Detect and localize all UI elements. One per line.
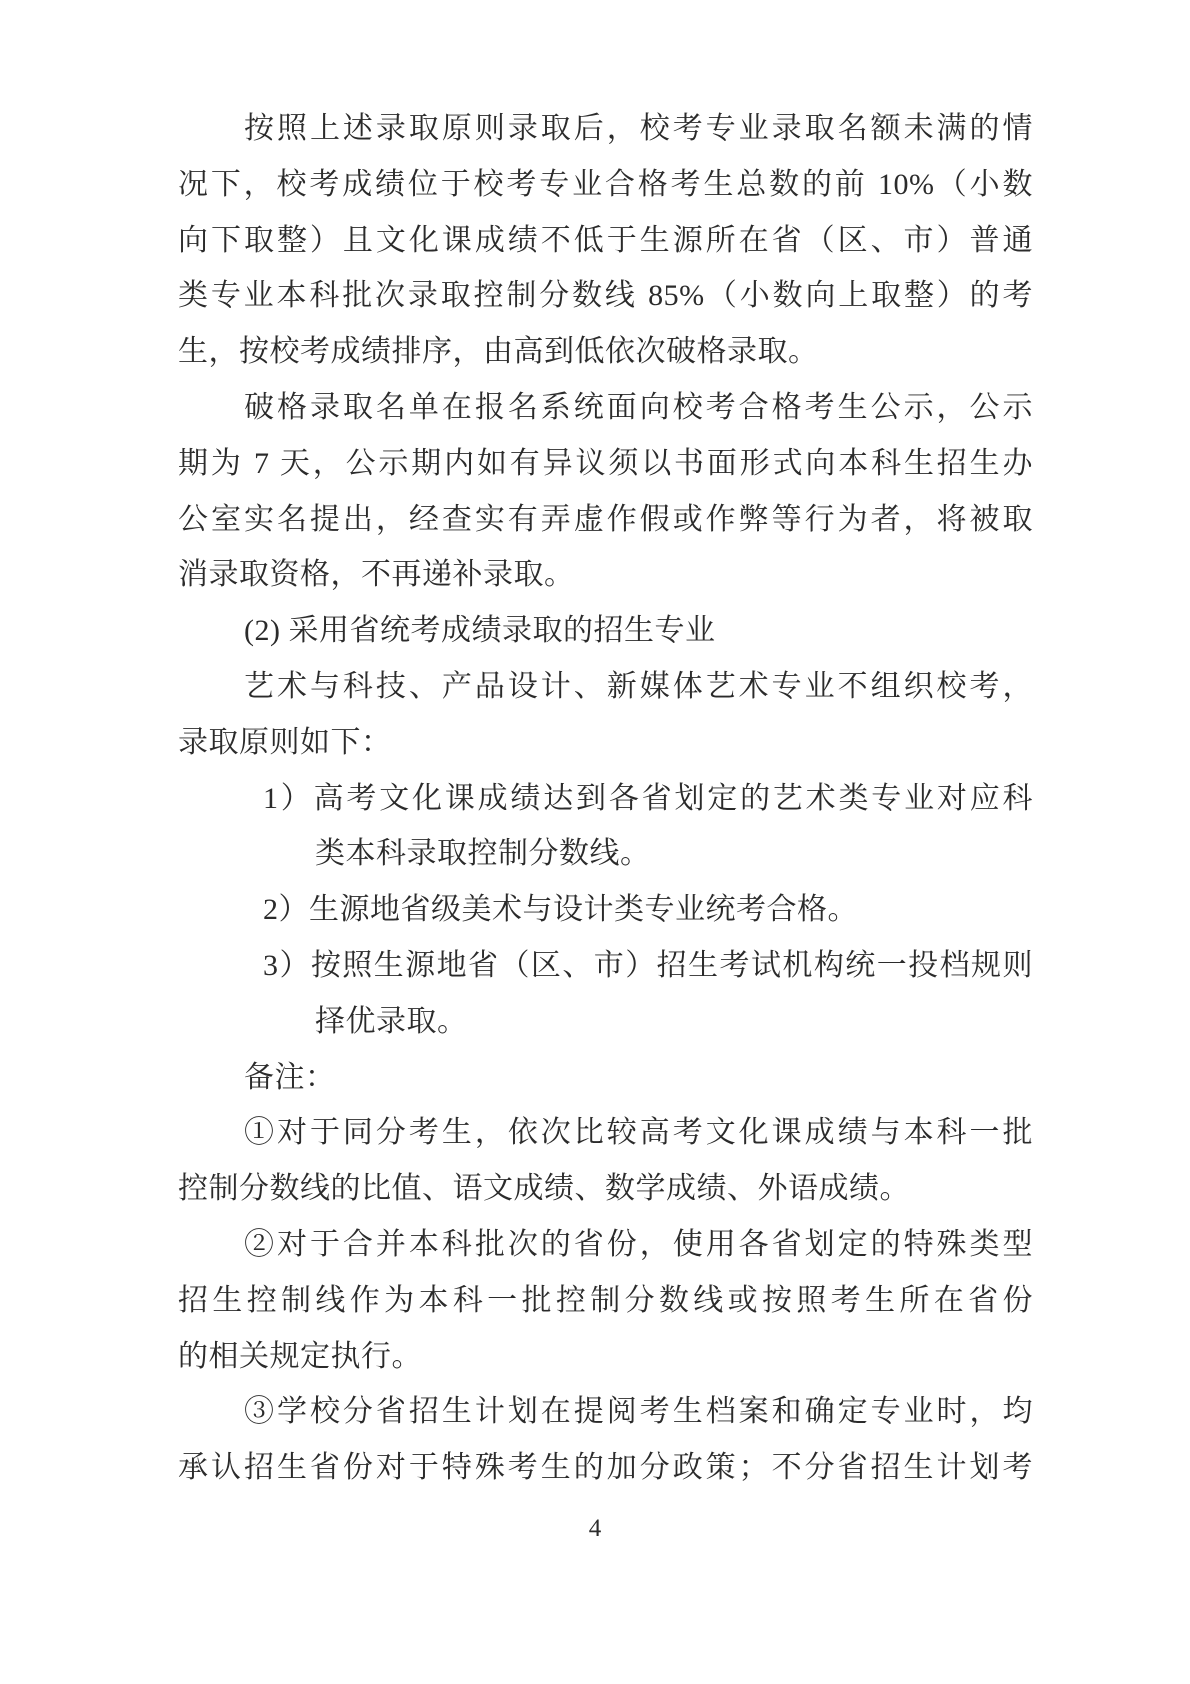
- doc-line: 的相关规定执行。: [178, 1329, 1033, 1385]
- doc-line-list-item: 1）高考文化课成绩达到各省划定的艺术类专业对应科: [178, 771, 1033, 827]
- doc-line: 生，按校考成绩排序，由高到低依次破格录取。: [178, 324, 1033, 380]
- doc-line: 艺术与科技、产品设计、新媒体艺术专业不组织校考，: [178, 659, 1033, 715]
- doc-line-list-item: 择优录取。: [178, 994, 1033, 1050]
- doc-line: 录取原则如下：: [178, 715, 1033, 771]
- doc-line: 向下取整）且文化课成绩不低于生源所在省（区、市）普通: [178, 213, 1033, 269]
- doc-line-remarks-heading: 备注：: [178, 1050, 1033, 1106]
- document-page: 按照上述录取原则录取后，校考专业录取名额未满的情 况下，校考成绩位于校考专业合格…: [0, 0, 1190, 1684]
- doc-line: 况下，校考成绩位于校考专业合格考生总数的前 10%（小数: [178, 157, 1033, 213]
- doc-line-list-item: 3）按照生源地省（区、市）招生考试机构统一投档规则: [178, 938, 1033, 994]
- doc-line: 按照上述录取原则录取后，校考专业录取名额未满的情: [178, 101, 1033, 157]
- doc-line: 期为 7 天，公示期内如有异议须以书面形式向本科生招生办: [178, 436, 1033, 492]
- doc-line: 控制分数线的比值、语文成绩、数学成绩、外语成绩。: [178, 1161, 1033, 1217]
- doc-line: 承认招生省份对于特殊考生的加分政策；不分省招生计划考: [178, 1440, 1033, 1496]
- doc-line-list-item: 类本科录取控制分数线。: [178, 826, 1033, 882]
- doc-line: ③学校分省招生计划在提阅考生档案和确定专业时，均: [178, 1384, 1033, 1440]
- doc-line: 消录取资格，不再递补录取。: [178, 547, 1033, 603]
- doc-line: 公室实名提出，经查实有弄虚作假或作弊等行为者，将被取: [178, 492, 1033, 548]
- doc-line-list-item: 2）生源地省级美术与设计类专业统考合格。: [178, 882, 1033, 938]
- doc-line: ①对于同分考生，依次比较高考文化课成绩与本科一批: [178, 1105, 1033, 1161]
- doc-line: ②对于合并本科批次的省份，使用各省划定的特殊类型: [178, 1217, 1033, 1273]
- doc-line: 破格录取名单在报名系统面向校考合格考生公示，公示: [178, 380, 1033, 436]
- doc-line: 招生控制线作为本科一批控制分数线或按照考生所在省份: [178, 1273, 1033, 1329]
- doc-line: 类专业本科批次录取控制分数线 85%（小数向上取整）的考: [178, 268, 1033, 324]
- page-number: 4: [0, 1514, 1190, 1544]
- doc-line-section-heading: (2) 采用省统考成绩录取的招生专业: [178, 603, 1033, 659]
- document-body: 按照上述录取原则录取后，校考专业录取名额未满的情 况下，校考成绩位于校考专业合格…: [178, 101, 1033, 1496]
